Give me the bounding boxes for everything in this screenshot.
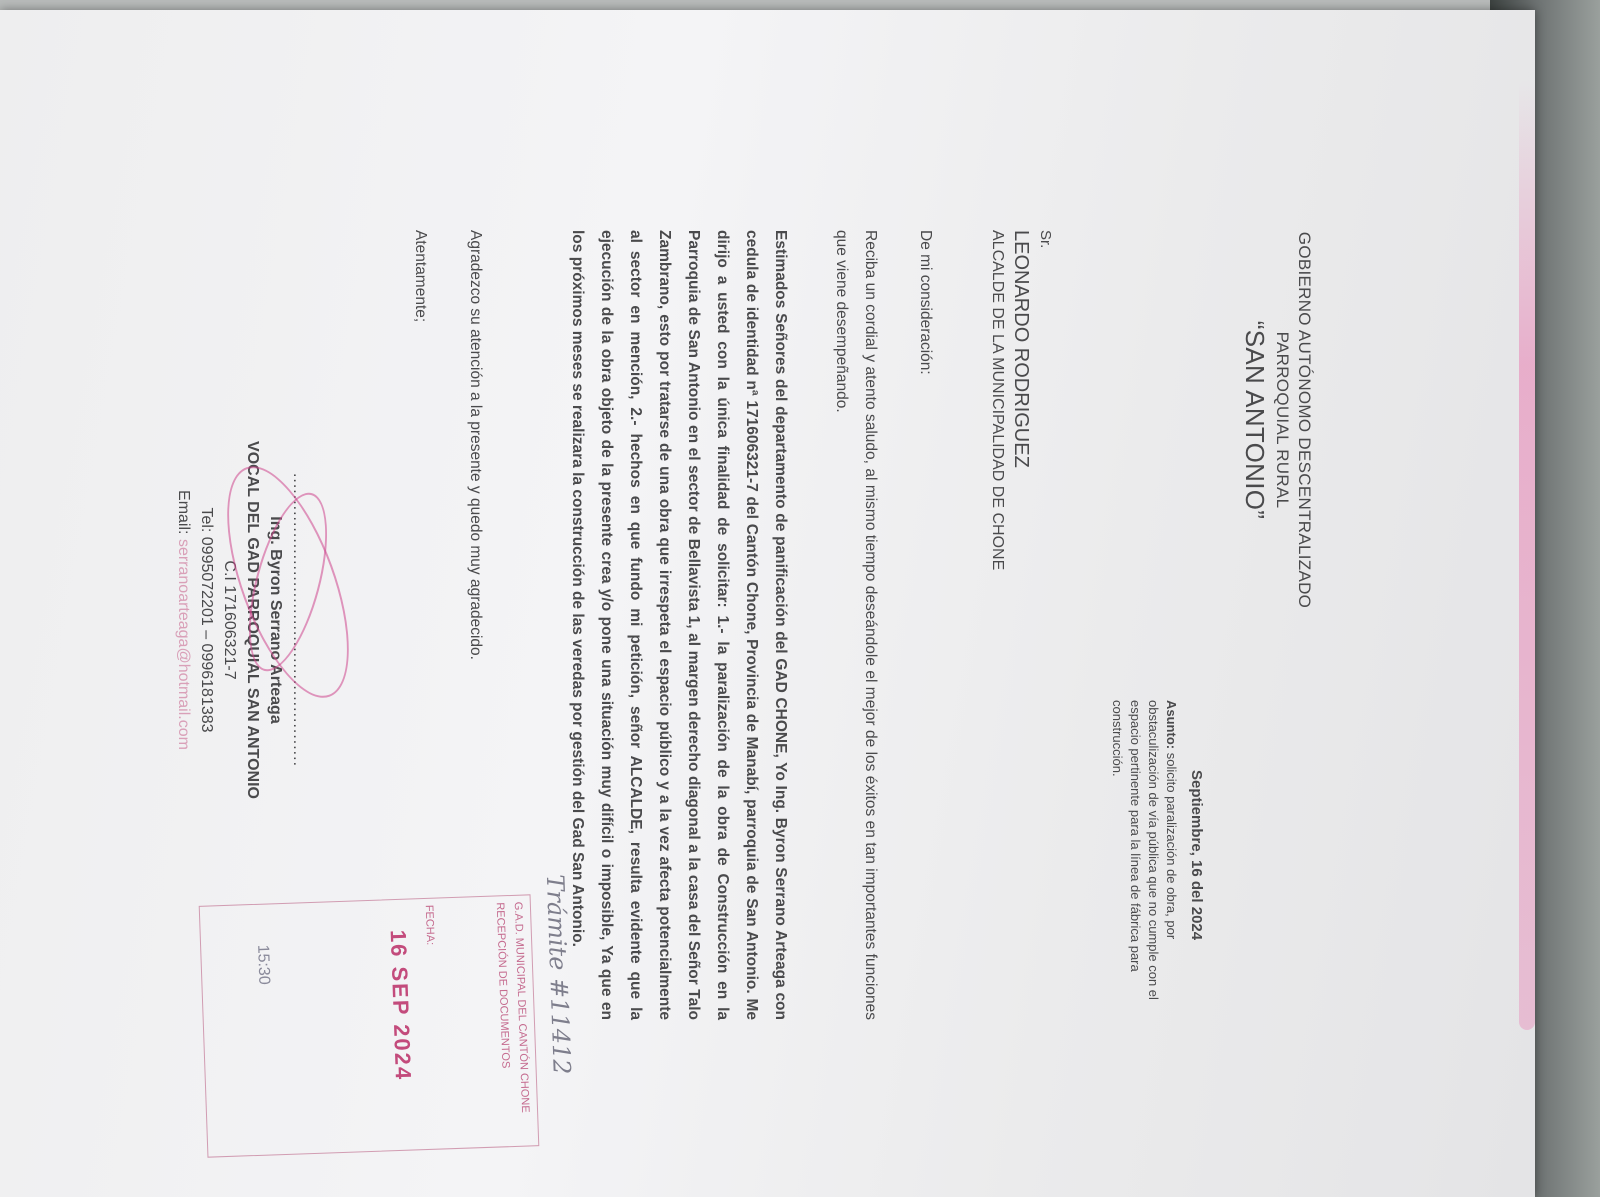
greeting: De mi consideración: (911, 230, 940, 1020)
stamp-line1: G.A.D. MUNICIPAL DEL CANTÓN CHONE (512, 902, 531, 1113)
stamp-date: 16 SEP 2024 (385, 929, 416, 1081)
letterhead-line3: “SAN ANTONIO” (1239, 10, 1271, 830)
letterhead-line1: GOBIERNO AUTÓNOMO DESCENTRALIZADO (1293, 10, 1315, 830)
stamp-fecha-label: FECHA: (423, 905, 436, 946)
recipient-title: ALCALDE DE LA MUNICIPALIDAD DE CHONE (987, 230, 1007, 570)
email-label: Email: (175, 490, 192, 534)
pink-accent-bar (1519, 80, 1535, 1030)
letterhead: GOBIERNO AUTÓNOMO DESCENTRALIZADO PARROQ… (1239, 10, 1315, 830)
recipient-salutation: Sr. (1035, 230, 1055, 570)
body-paragraph: Estimados Señores del departamento de pa… (563, 230, 795, 1020)
letter-paper: GOBIERNO AUTÓNOMO DESCENTRALIZADO PARROQ… (0, 10, 1535, 1197)
recipient: Sr. LEONARDO RODRIGUEZ ALCALDE DE LA MUN… (987, 230, 1055, 570)
signature-block: ........................................… (172, 340, 310, 900)
letter-date: Septiembre, 16 del 2024 (1188, 770, 1205, 940)
letterhead-line2: PARROQUIAL RURAL (1271, 10, 1293, 830)
signer-tel: Tel: 0995072201 – 0996181383 (195, 340, 218, 900)
recipient-name: LEONARDO RODRIGUEZ (1007, 230, 1035, 570)
intro-paragraph: Reciba un cordial y atento saludo, al mi… (827, 230, 885, 1020)
stamp-hora: 15:30 (253, 944, 272, 985)
letter-content: GOBIERNO AUTÓNOMO DESCENTRALIZADO PARROQ… (0, 10, 1535, 1197)
subject: Asunto: solicito paralización de obra, p… (1108, 700, 1180, 1030)
subject-label: Asunto: (1164, 700, 1179, 749)
reception-stamp: G.A.D. MUNICIPAL DEL CANTÓN CHONE RECEPC… (199, 894, 540, 1157)
signer-ci: C.I 171606321-7 (218, 340, 241, 900)
signer-email: Email: serranoarteaga@hotmail.com (172, 340, 195, 900)
email-value[interactable]: serranoarteaga@hotmail.com (175, 539, 192, 750)
stamp-line2: RECEPCIÓN DE DOCUMENTOS (494, 902, 512, 1068)
